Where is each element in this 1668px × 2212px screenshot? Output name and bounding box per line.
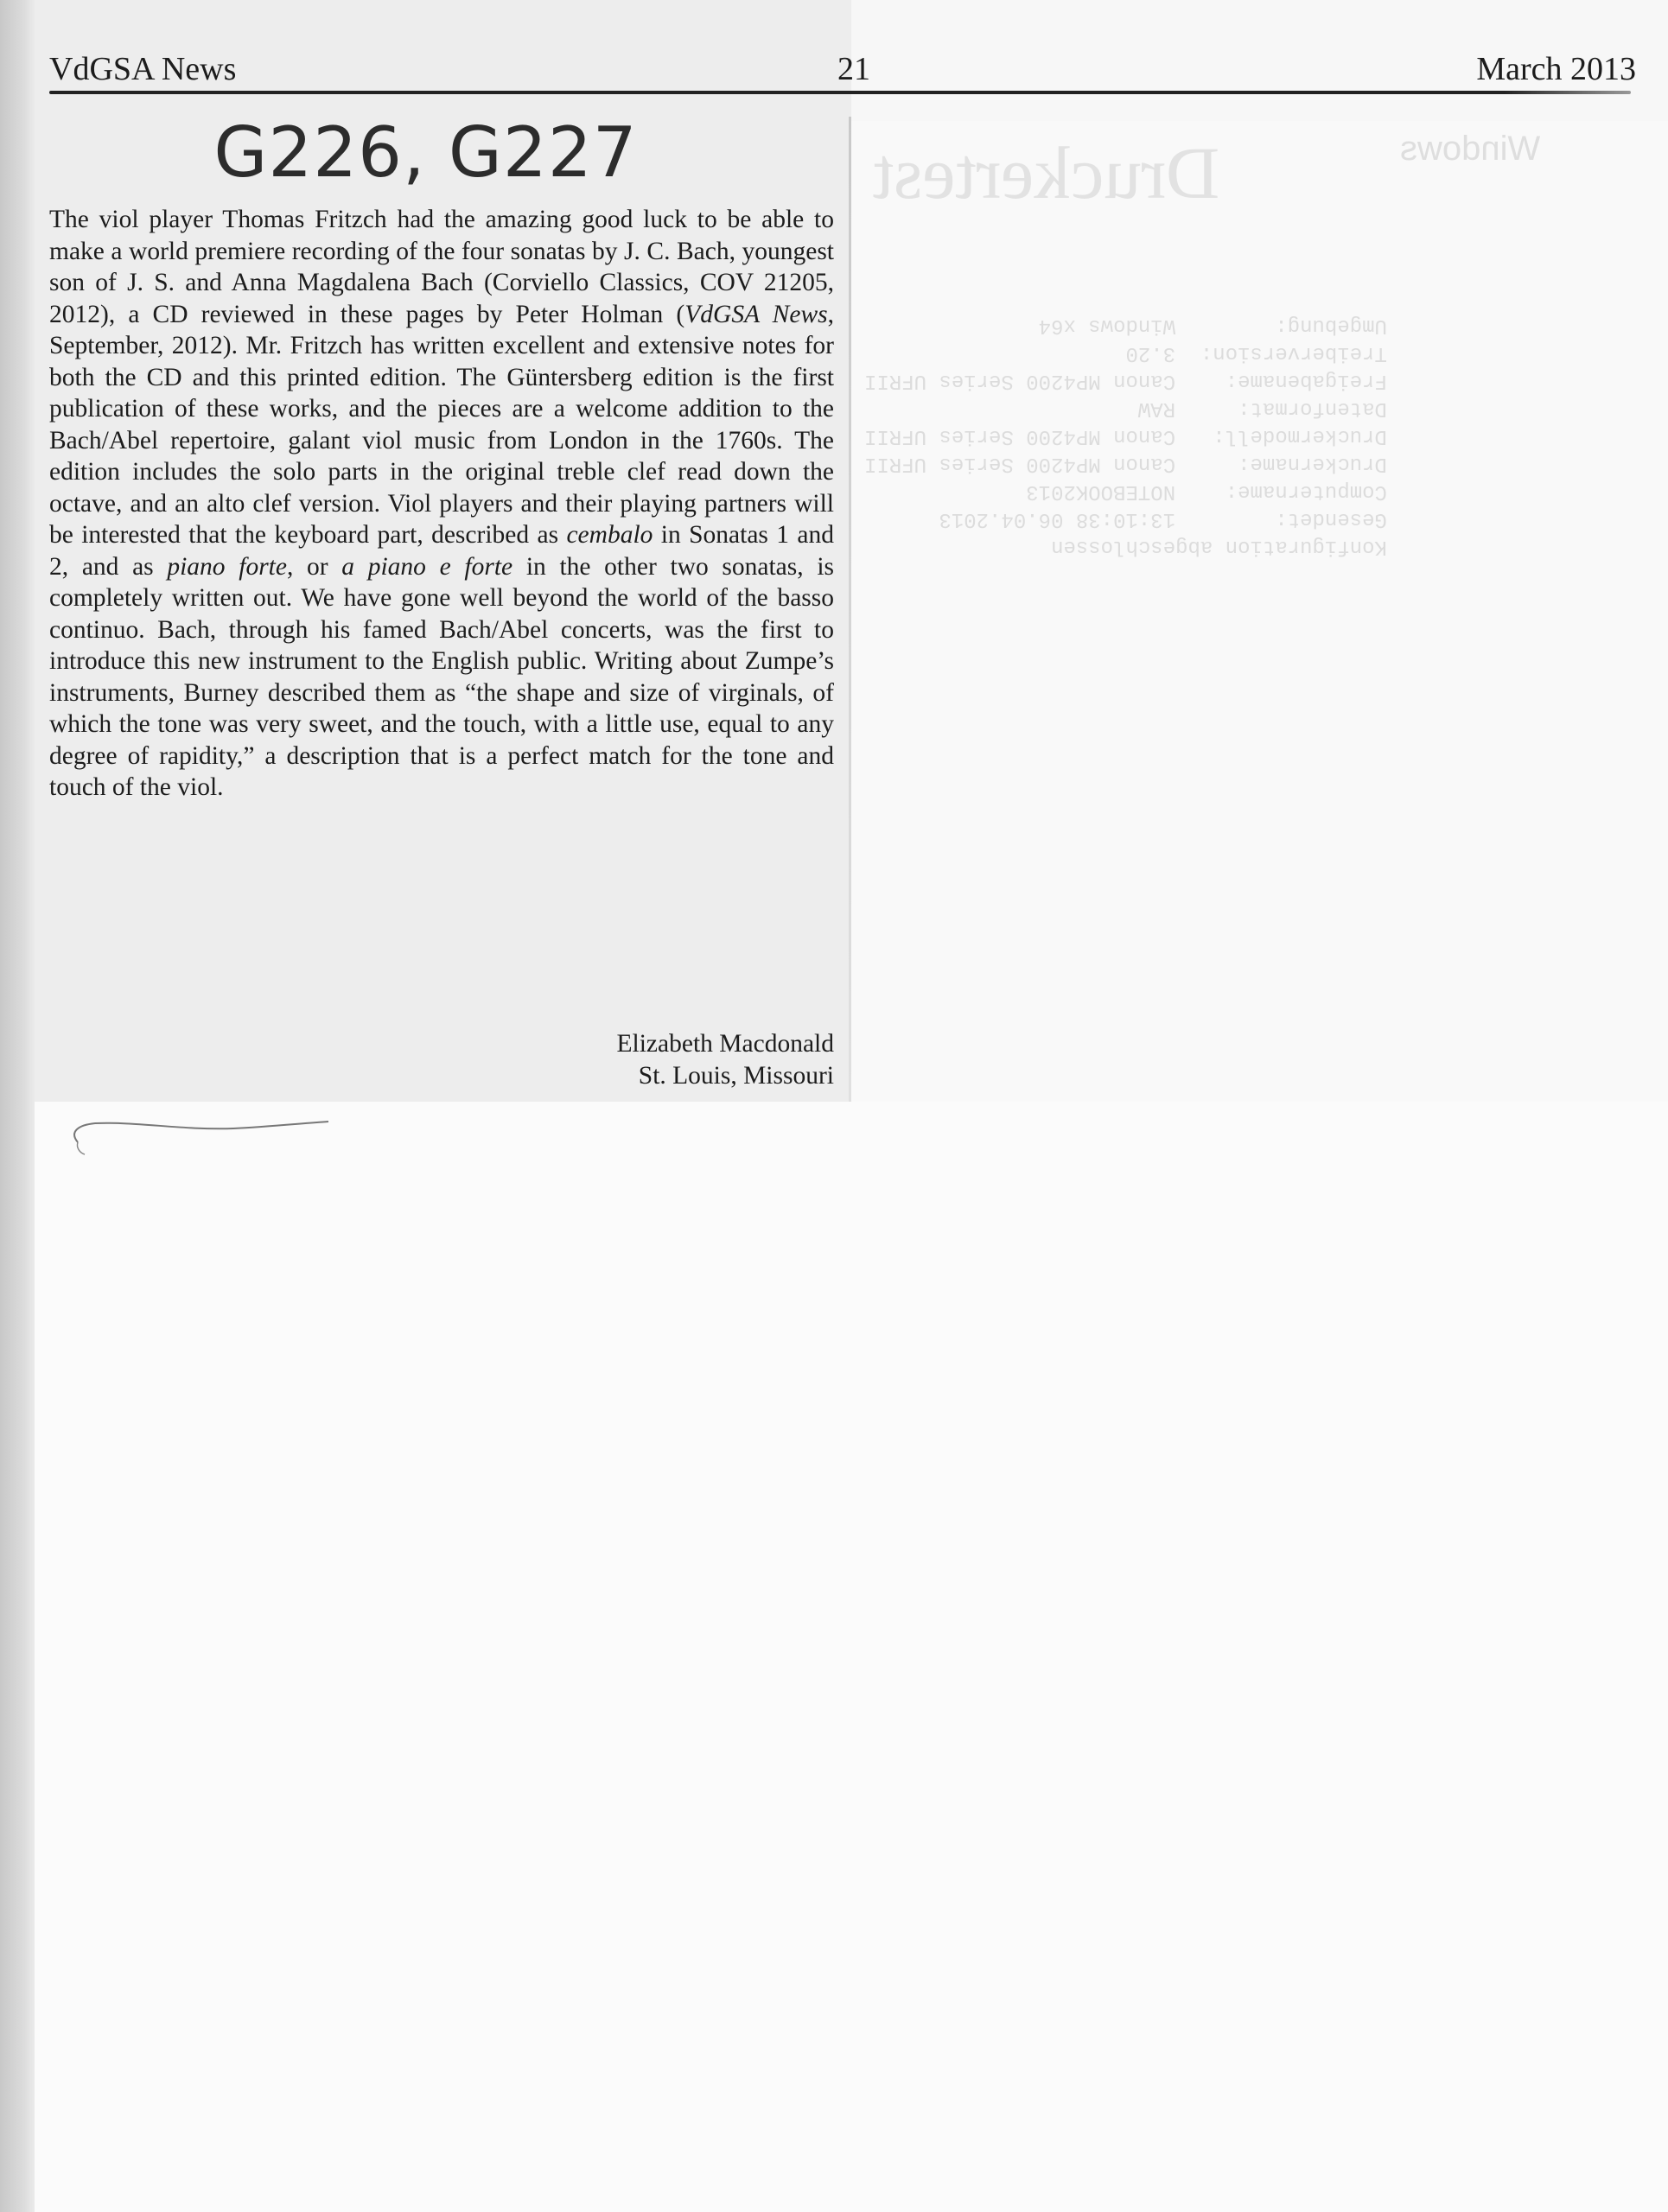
italic-text: a piano e forte (341, 553, 512, 581)
issue-date: March 2013 (1476, 50, 1636, 88)
article-paragraph: The viol player Thomas Fritzch had the a… (49, 204, 834, 804)
publication-name: VdGSA News (49, 50, 236, 88)
body-text: , September, 2012). Mr. Fritzch has writ… (49, 301, 834, 550)
lower-background-sheet (35, 1102, 1668, 2212)
italic-text: cembalo (566, 521, 653, 549)
body-text: , or (287, 553, 341, 581)
running-header: VdGSA News 21 March 2013 (49, 50, 1636, 93)
page-edge-shadow (849, 117, 851, 1102)
italic-text: piano forte (167, 553, 287, 581)
header-rule (49, 91, 1631, 94)
article-body: The viol player Thomas Fritzch had the a… (49, 204, 834, 804)
page-number: 21 (837, 50, 870, 88)
pencil-mark-icon (60, 1115, 337, 1158)
author-location: St. Louis, Missouri (49, 1060, 834, 1092)
background-sheet (851, 121, 1668, 1106)
body-text: in the other two sonatas, is completely … (49, 553, 834, 802)
article-signature: Elizabeth Macdonald St. Louis, Missouri (49, 1028, 834, 1092)
author-name: Elizabeth Macdonald (49, 1028, 834, 1060)
italic-text: VdGSA News (684, 301, 827, 328)
scan-edge-strip (0, 0, 35, 2212)
article-title: G226, G227 (0, 112, 851, 193)
